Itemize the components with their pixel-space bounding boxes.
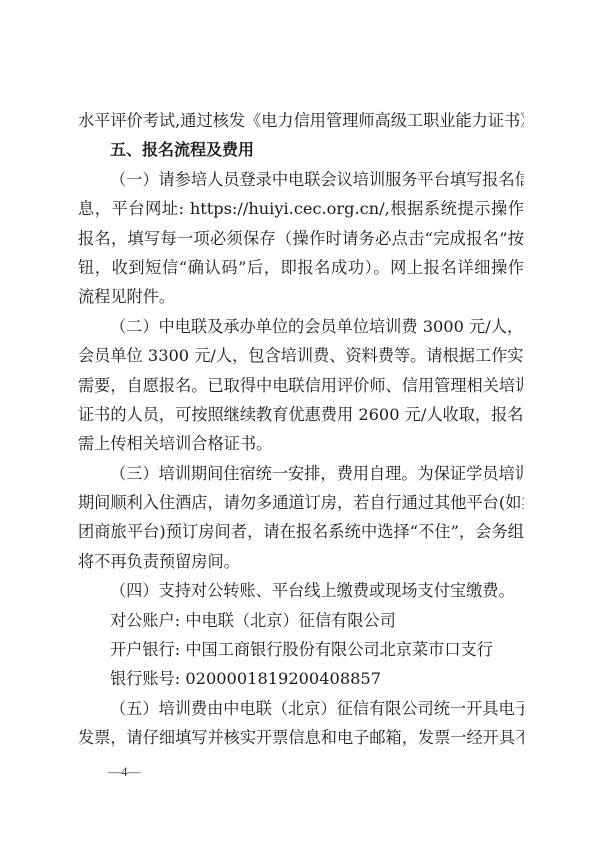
paragraph-line: 会员单位 3300 元/人，包含培训费、资料费等。请根据工作实际 [78, 341, 524, 370]
paragraph-line: 流程见附件。 [78, 282, 524, 311]
paragraph-line-url: 息，平台网址: https://huiyi.cec.org.cn/,根据系统提示… [78, 194, 524, 223]
paragraph-line: 需要，自愿报名。已取得中电联信用评价师、信用管理相关培训 [78, 371, 524, 400]
paragraph-line: 发票，请仔细填写并核实开票信息和电子邮箱，发票一经开具不 [78, 723, 524, 752]
paragraph-line: （四）支持对公转账、平台线上缴费或现场支付宝缴费。 [78, 576, 524, 605]
paragraph-line: （三）培训期间住宿统一安排，费用自理。为保证学员培训 [78, 459, 524, 488]
paragraph-line: 期间顺利入住酒店，请勿多通道订房，若自行通过其他平台(如集 [78, 488, 524, 517]
section-heading: 五、报名流程及费用 [78, 135, 524, 164]
account-number-line: 银行账号: 0200001819200408857 [78, 664, 524, 693]
paragraph-line: 将不再负责预留房间。 [78, 547, 524, 576]
page-number: —4— [108, 764, 141, 780]
document-page: 水平评价考试,通过核发《电力信用管理师高级工职业能力证书》。 五、报名流程及费用… [78, 106, 524, 753]
paragraph-line: 报名，填写每一项必须保存（操作时请务必点击“完成报名”按 [78, 224, 524, 253]
paragraph-line: 需上传相关培训合格证书。 [78, 429, 524, 458]
paragraph-line: 证书的人员，可按照继续教育优惠费用 2600 元/人收取，报名时 [78, 400, 524, 429]
paragraph-line: （五）培训费由中电联（北京）征信有限公司统一开具电子 [78, 694, 524, 723]
paragraph-line: （一）请参培人员登录中电联会议培训服务平台填写报名信 [78, 165, 524, 194]
paragraph-line: 水平评价考试,通过核发《电力信用管理师高级工职业能力证书》。 [78, 106, 524, 135]
account-name-line: 对公账户: 中电联（北京）征信有限公司 [78, 606, 524, 635]
paragraph-line: （二）中电联及承办单位的会员单位培训费 3000 元/人，非 [78, 312, 524, 341]
paragraph-line: 团商旅平台)预订房间者，请在报名系统中选择“不住”，会务组 [78, 517, 524, 546]
bank-name-line: 开户银行: 中国工商银行股份有限公司北京菜市口支行 [78, 635, 524, 664]
paragraph-line: 钮，收到短信“确认码”后，即报名成功）。网上报名详细操作 [78, 253, 524, 282]
